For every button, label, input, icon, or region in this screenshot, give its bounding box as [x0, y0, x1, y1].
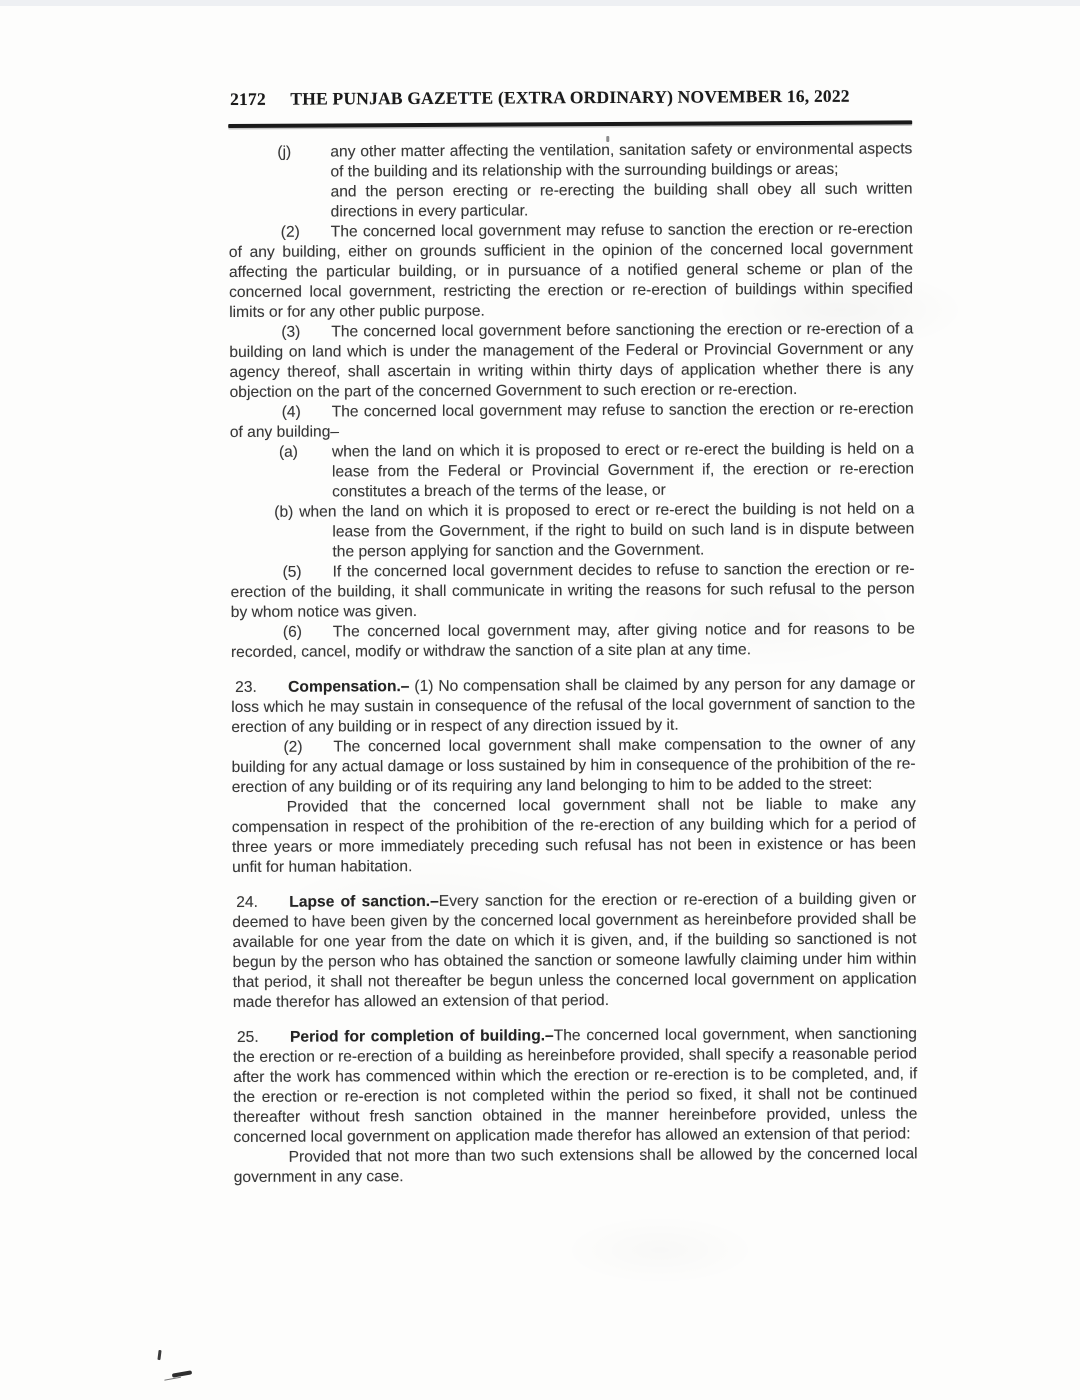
section-23-title: Compensation.– — [288, 678, 409, 696]
subsection-6-text: The concerned local government may, afte… — [231, 620, 915, 661]
subsection-23-2-text: The concerned local government shall mak… — [232, 735, 916, 796]
header-rule — [228, 120, 912, 127]
subsection-23-2-label: (2) — [231, 737, 333, 758]
clause-b-text: when the land on which it is proposed to… — [299, 500, 914, 560]
subsection-5-label: (5) — [230, 562, 332, 583]
section-24-title: Lapse of sanction.– — [289, 892, 439, 910]
clause-j: (j)any other matter affecting the ventil… — [330, 139, 912, 182]
clause-a-label: (a) — [279, 442, 298, 462]
gazette-title: THE PUNJAB GAZETTE (EXTRA ORDINARY) NOVE… — [290, 86, 849, 109]
subsection-2: (2)The concerned local government may re… — [229, 219, 914, 323]
subsection-3-label: (3) — [229, 322, 331, 343]
subsection-23-2: (2)The concerned local government shall … — [231, 734, 915, 798]
scanned-gazette-page: 2172 THE PUNJAB GAZETTE (EXTRA ORDINARY)… — [0, 0, 1080, 1400]
section-23-number: 23. — [231, 677, 288, 697]
section-24-lapse-of-sanction: 24.Lapse of sanction.–Every sanction for… — [232, 889, 917, 1013]
section-23-compensation: 23.Compensation.– (1) No compensation sh… — [231, 674, 915, 738]
subsection-3: (3)The concerned local government before… — [229, 319, 913, 403]
section-25-number: 25. — [233, 1027, 290, 1047]
clause-j-continuation-text: and the person erecting or re-erecting t… — [331, 180, 913, 220]
proviso-section-23-text: Provided that the concerned local govern… — [232, 795, 916, 876]
subsection-3-text: The concerned local government before sa… — [229, 320, 913, 401]
subsection-5: (5)If the concerned local government dec… — [230, 559, 914, 623]
clause-j-text: any other matter affecting the ventilati… — [330, 140, 912, 180]
clause-a: (a)when the land on which it is proposed… — [332, 439, 914, 502]
clause-b-label: (b) — [274, 503, 293, 520]
page-number: 2172 — [230, 86, 266, 112]
clause-b: (b) when the land on which it is propose… — [332, 499, 914, 562]
page-content: 2172 THE PUNJAB GAZETTE (EXTRA ORDINARY)… — [228, 82, 918, 1187]
subsection-6: (6)The concerned local government may, a… — [231, 619, 915, 663]
proviso-section-25: Provided that not more than two such ext… — [234, 1144, 918, 1188]
scan-edge-strip — [0, 0, 1080, 6]
ink-smear-mark — [172, 1370, 192, 1377]
proviso-section-23: Provided that the concerned local govern… — [232, 794, 916, 878]
subsection-2-label: (2) — [229, 222, 331, 243]
clause-j-continuation: and the person erecting or re-erecting t… — [331, 179, 913, 222]
clause-j-label: (j) — [277, 142, 291, 162]
section-24-number: 24. — [232, 892, 289, 912]
ink-tick-mark — [157, 1350, 161, 1360]
subsection-4-label: (4) — [230, 402, 332, 423]
page-header: 2172 THE PUNJAB GAZETTE (EXTRA ORDINARY)… — [228, 82, 912, 116]
subsection-2-text: The concerned local government may refus… — [229, 220, 913, 321]
subsection-4-text: The concerned local government may refus… — [230, 400, 914, 441]
section-25-title: Period for completion of building.– — [290, 1027, 554, 1045]
section-25-period-for-completion: 25.Period for completion of building.–Th… — [233, 1024, 918, 1148]
subsection-4: (4)The concerned local government may re… — [230, 399, 914, 443]
subsection-5-text: If the concerned local government decide… — [231, 560, 915, 621]
proviso-section-25-text: Provided that not more than two such ext… — [234, 1145, 918, 1186]
clause-a-text: when the land on which it is proposed to… — [332, 440, 914, 500]
subsection-6-label: (6) — [231, 622, 333, 643]
